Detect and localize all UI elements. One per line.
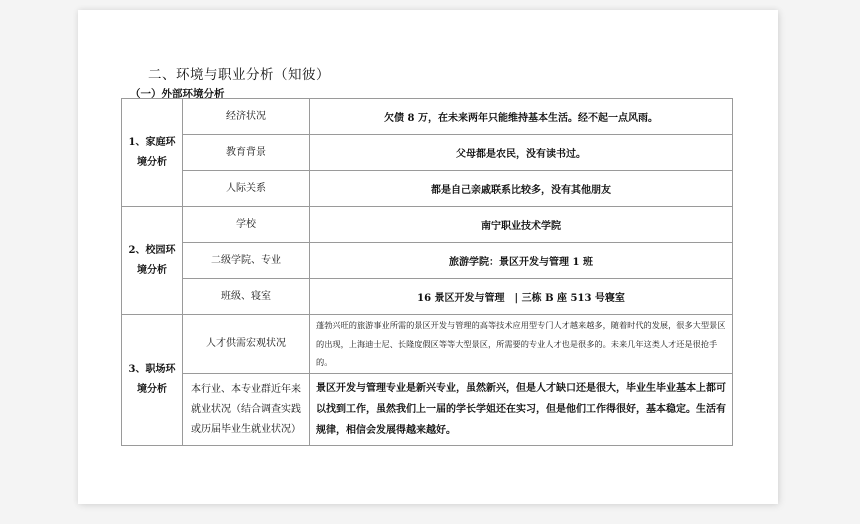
content-cell: 南宁职业技术学院 xyxy=(310,207,733,243)
table-row: 二级学院、专业 旅游学院：景区开发与管理 1 班 xyxy=(122,243,733,279)
item-cell: 经济状况 xyxy=(183,99,310,135)
content-cell: 16 景区开发与管理 | 三栋 B 座 513 号寝室 xyxy=(310,279,733,315)
content-cell: 父母都是农民，没有读书过。 xyxy=(310,135,733,171)
content-cell: 都是自己亲戚联系比较多，没有其他朋友 xyxy=(310,171,733,207)
item-cell: 二级学院、专业 xyxy=(183,243,310,279)
category-cell-family: 1、家庭环境分析 xyxy=(122,99,183,207)
environment-analysis-table: 1、家庭环境分析 经济状况 欠债 8 万，在未来两年只能维持基本生活。经不起一点… xyxy=(121,98,733,446)
item-cell: 人际关系 xyxy=(183,171,310,207)
category-cell-workplace: 3、职场环境分析 xyxy=(122,315,183,446)
item-cell: 学校 xyxy=(183,207,310,243)
table-row: 2、校园环境分析 学校 南宁职业技术学院 xyxy=(122,207,733,243)
table-row: 3、职场环境分析 人才供需宏观状况 蓬勃兴旺的旅游事业所需的景区开发与管理的高等… xyxy=(122,315,733,374)
content-cell: 蓬勃兴旺的旅游事业所需的景区开发与管理的高等技术应用型专门人才越来越多，随着时代… xyxy=(310,315,733,374)
document-page: 二、环境与职业分析（知彼） （一）外部环境分析 1、家庭环境分析 经济状况 欠债… xyxy=(78,10,778,504)
category-cell-campus: 2、校园环境分析 xyxy=(122,207,183,315)
section-heading: 二、环境与职业分析（知彼） xyxy=(148,63,330,83)
item-cell: 人才供需宏观状况 xyxy=(183,315,310,374)
item-cell: 本行业、本专业群近年来就业状况（结合调查实践或历届毕业生就业状况） xyxy=(183,374,310,446)
item-cell: 班级、寝室 xyxy=(183,279,310,315)
table-row: 教育背景 父母都是农民，没有读书过。 xyxy=(122,135,733,171)
table-row: 班级、寝室 16 景区开发与管理 | 三栋 B 座 513 号寝室 xyxy=(122,279,733,315)
table-row: 本行业、本专业群近年来就业状况（结合调查实践或历届毕业生就业状况） 景区开发与管… xyxy=(122,374,733,446)
content-cell: 旅游学院：景区开发与管理 1 班 xyxy=(310,243,733,279)
content-cell: 欠债 8 万，在未来两年只能维持基本生活。经不起一点风雨。 xyxy=(310,99,733,135)
item-cell: 教育背景 xyxy=(183,135,310,171)
content-cell: 景区开发与管理专业是新兴专业，虽然新兴，但是人才缺口还是很大，毕业生毕业基本上都… xyxy=(310,374,733,446)
table-row: 1、家庭环境分析 经济状况 欠债 8 万，在未来两年只能维持基本生活。经不起一点… xyxy=(122,99,733,135)
table-row: 人际关系 都是自己亲戚联系比较多，没有其他朋友 xyxy=(122,171,733,207)
